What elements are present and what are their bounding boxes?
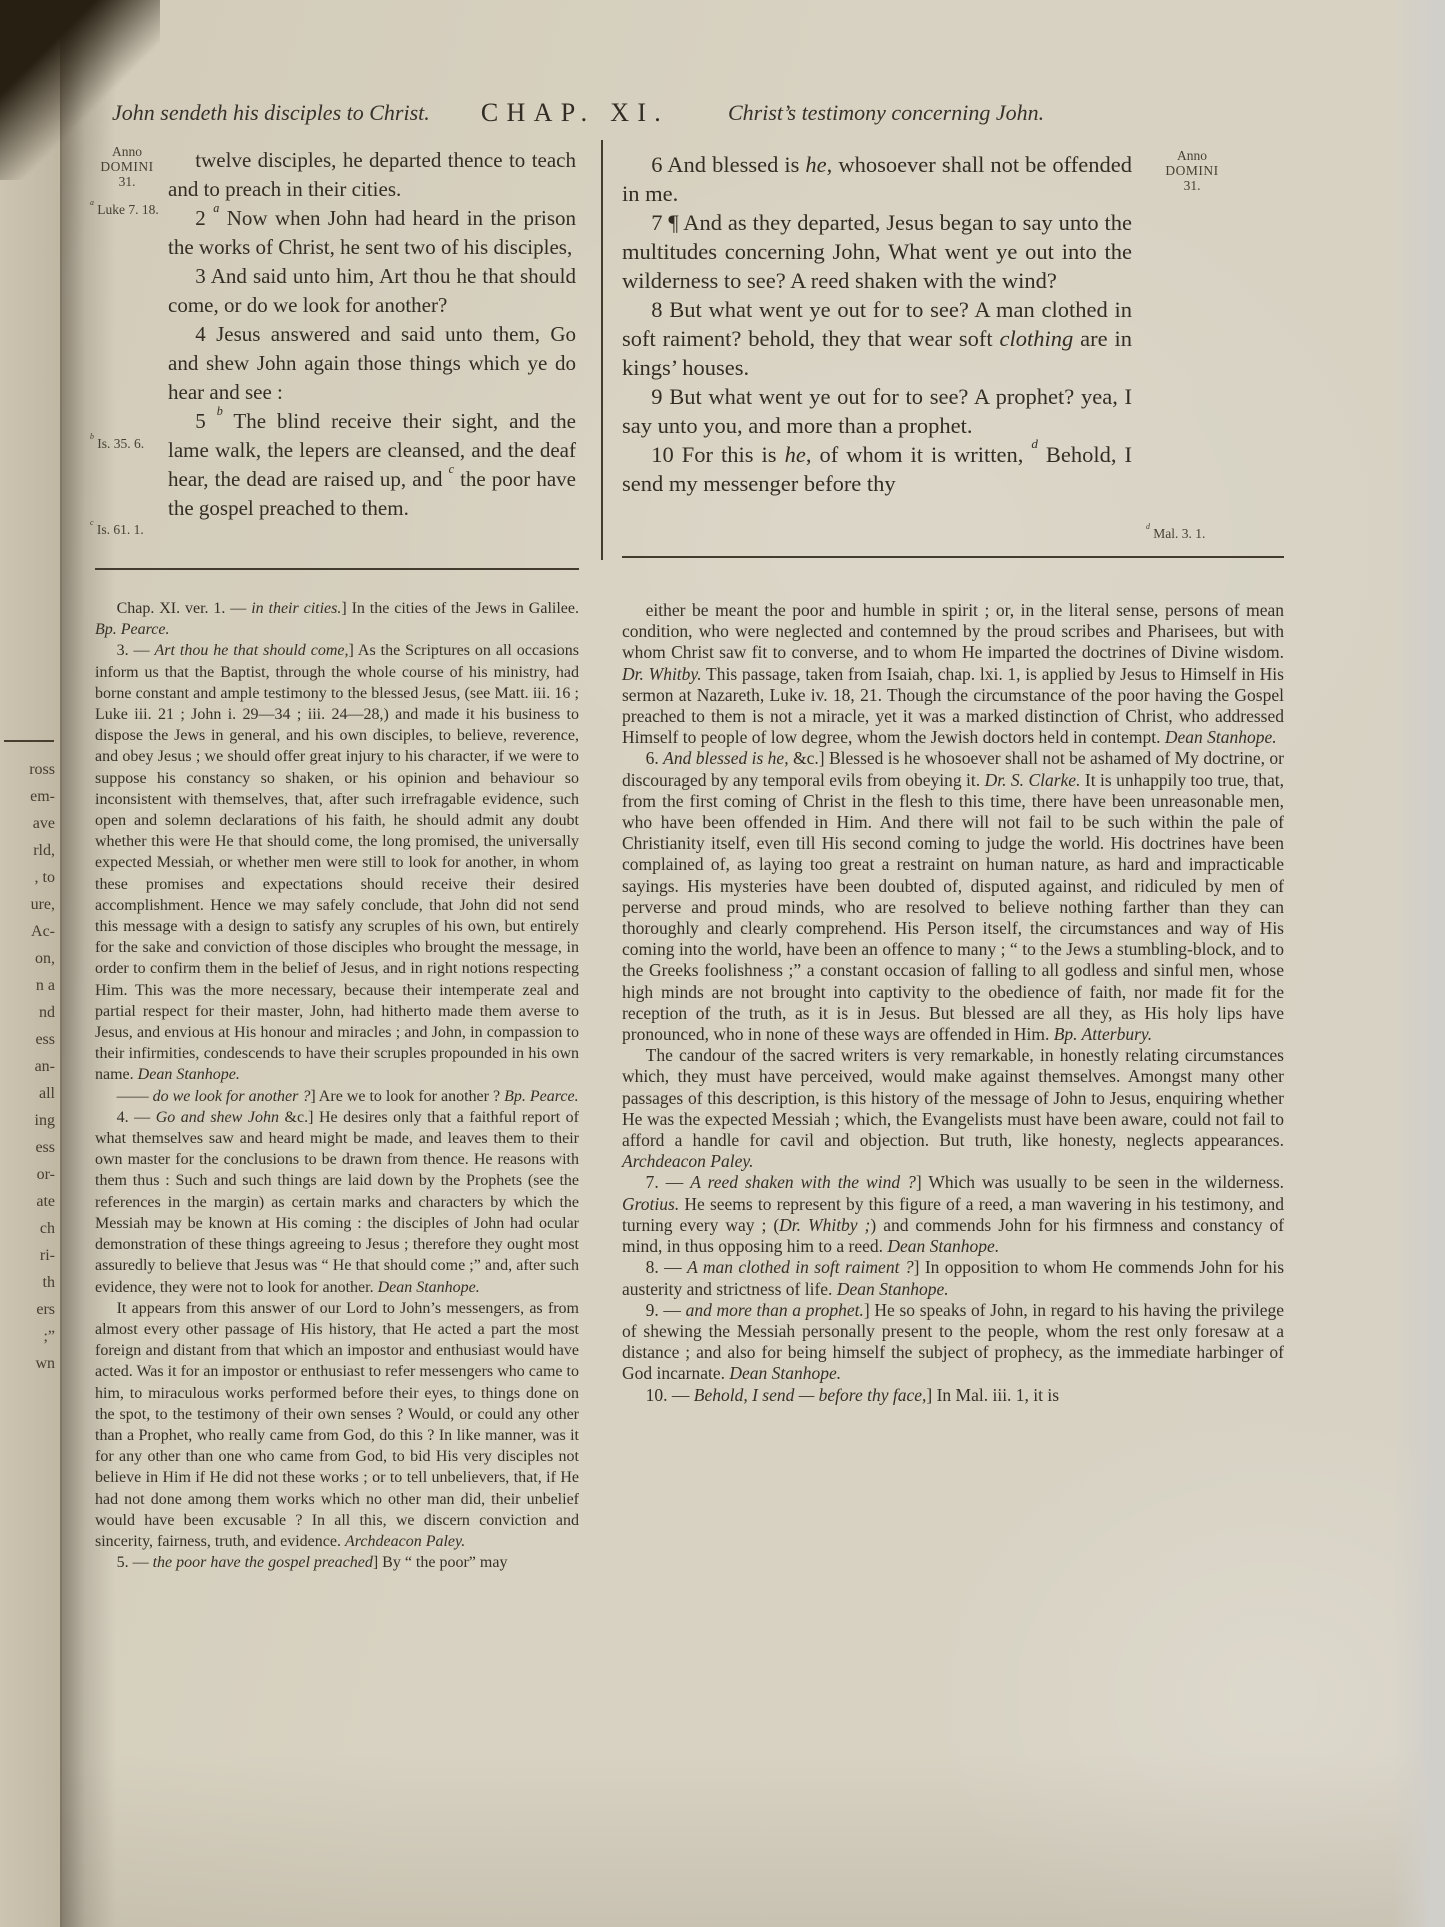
text-fragment: ri-: [29, 1242, 55, 1269]
facing-page-rule: [4, 740, 54, 742]
anno-year: 31.: [90, 174, 164, 189]
left-margin-notes: Anno DOMINI 31. a Luke 7. 18. b Is. 35. …: [90, 144, 164, 189]
text-fragment: ing: [29, 1107, 55, 1134]
margin-ref-luke: a Luke 7. 18.: [90, 202, 164, 217]
commentary-paragraph: 10. — Behold, I send — before thy face,]…: [622, 1385, 1284, 1406]
commentary-paragraph: 5. — the poor have the gospel preached] …: [95, 1552, 579, 1573]
verse: 4 Jesus answered and said unto them, Go …: [168, 320, 576, 407]
text-fragment: em-: [29, 783, 55, 810]
text-fragment: all: [29, 1080, 55, 1107]
text-fragment: rld,: [29, 837, 55, 864]
verse: 7 ¶ And as they departed, Jesus began to…: [622, 208, 1132, 295]
text-fragment: ure,: [29, 891, 55, 918]
text-fragment: an-: [29, 1053, 55, 1080]
anno-word: Anno: [90, 144, 164, 159]
facing-page-edge: rossem-averld,, toure,Ac-on,n andessan-a…: [0, 0, 62, 1927]
text-fragment: or-: [29, 1161, 55, 1188]
verse: 10 For this is he, of whom it is written…: [622, 440, 1132, 498]
scripture-column-right: 6 And blessed is he, whosoever shall not…: [622, 150, 1132, 498]
commentary-paragraph: either be meant the poor and humble in s…: [622, 600, 1284, 748]
text-fragment: , to: [29, 864, 55, 891]
commentary-column-right: either be meant the poor and humble in s…: [622, 600, 1284, 1406]
domini-word: DOMINI: [90, 159, 164, 174]
text-fragment: th: [29, 1269, 55, 1296]
text-fragment: ess: [29, 1026, 55, 1053]
left-section-rule: [95, 568, 579, 570]
anno-word: Anno: [1146, 148, 1238, 163]
text-fragment: n a: [29, 972, 55, 999]
chapter-heading: CHAP. XI.: [380, 98, 770, 128]
text-fragment: ers: [29, 1296, 55, 1323]
text-fragment: wn: [29, 1350, 55, 1377]
anno-domini-note: Anno DOMINI 31.: [1146, 148, 1238, 193]
text-fragment: ave: [29, 810, 55, 837]
commentary-paragraph: The candour of the sacred writers is ver…: [622, 1045, 1284, 1172]
page-right-edge: [1393, 0, 1445, 1927]
margin-ref-isaiah-61: c Is. 61. 1.: [90, 522, 164, 537]
verse: 2 a Now when John had heard in the priso…: [168, 204, 576, 262]
verse: 6 And blessed is he, whosoever shall not…: [622, 150, 1132, 208]
commentary-paragraph: 3. — Art thou he that should come,] As t…: [95, 640, 579, 1085]
commentary-paragraph: —— do we look for another ?] Are we to l…: [95, 1086, 579, 1107]
text-fragment: Ac-: [29, 918, 55, 945]
commentary-paragraph: 6. And blessed is he, &c.] Blessed is he…: [622, 748, 1284, 1045]
column-divider-rule: [601, 140, 603, 560]
verse: 8 But what went ye out for to see? A man…: [622, 295, 1132, 382]
margin-ref-malachi: d Mal. 3. 1.: [1146, 526, 1238, 541]
text-fragment: ate: [29, 1188, 55, 1215]
verse: 5 b The blind receive their sight, and t…: [168, 407, 576, 523]
commentary-column-left: Chap. XI. ver. 1. — in their cities.] In…: [95, 598, 579, 1573]
verse: twelve disciples, he departed thence to …: [168, 146, 576, 204]
commentary-paragraph: 8. — A man clothed in soft raiment ?] In…: [622, 1257, 1284, 1299]
facing-page-text-fragments: rossem-averld,, toure,Ac-on,n andessan-a…: [29, 756, 55, 1377]
text-fragment: ;”: [29, 1323, 55, 1350]
anno-year: 31.: [1146, 178, 1238, 193]
verse: 3 And said unto him, Art thou he that sh…: [168, 262, 576, 320]
margin-ref-isaiah-35: b Is. 35. 6.: [90, 436, 164, 451]
text-fragment: ess: [29, 1134, 55, 1161]
commentary-paragraph: It appears from this answer of our Lord …: [95, 1298, 579, 1552]
scripture-column-left: twelve disciples, he departed thence to …: [168, 146, 576, 523]
commentary-paragraph: 7. — A reed shaken with the wind ?] Whic…: [622, 1172, 1284, 1257]
text-fragment: ross: [29, 756, 55, 783]
book-page-photo: rossem-averld,, toure,Ac-on,n andessan-a…: [0, 0, 1445, 1927]
domini-word: DOMINI: [1146, 163, 1238, 178]
commentary-paragraph: 4. — Go and shew John &c.] He desires on…: [95, 1107, 579, 1298]
text-fragment: nd: [29, 999, 55, 1026]
anno-domini-note: Anno DOMINI 31.: [90, 144, 164, 189]
right-section-rule: [622, 556, 1284, 558]
text-fragment: ch: [29, 1215, 55, 1242]
right-margin-notes: Anno DOMINI 31. d Mal. 3. 1.: [1146, 148, 1238, 193]
commentary-paragraph: 9. — and more than a prophet.] He so spe…: [622, 1300, 1284, 1385]
text-fragment: on,: [29, 945, 55, 972]
commentary-paragraph: Chap. XI. ver. 1. — in their cities.] In…: [95, 598, 579, 640]
verse: 9 But what went ye out for to see? A pro…: [622, 382, 1132, 440]
running-title-right: Christ’s testimony concerning John.: [728, 100, 1308, 126]
